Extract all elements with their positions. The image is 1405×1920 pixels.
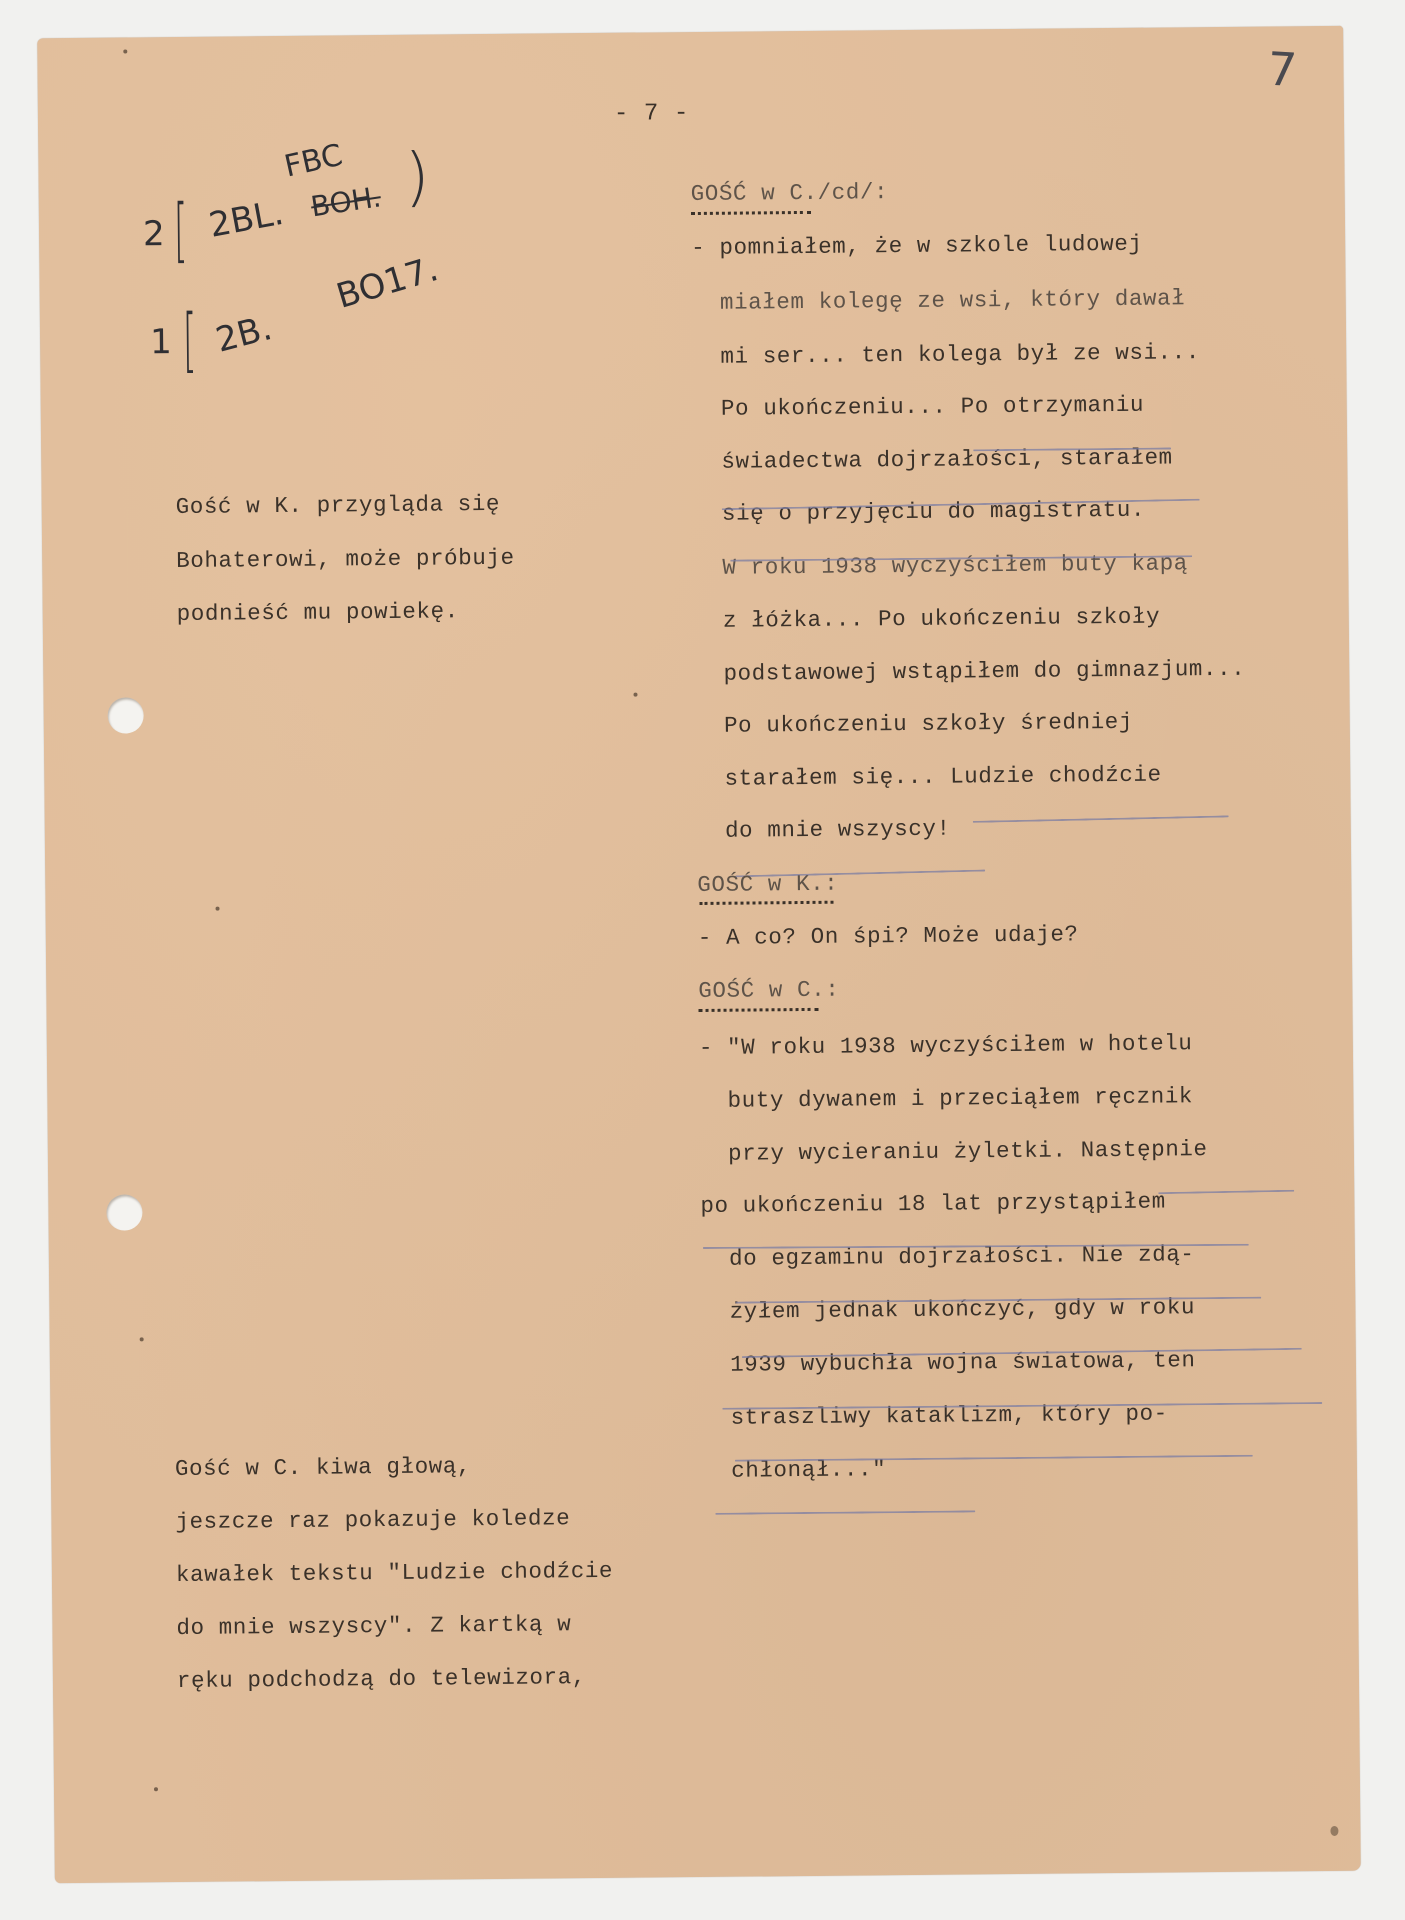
speech-line: Po ukończeniu... Po otrzymaniu [693, 391, 1145, 423]
pencil-underline [1158, 1190, 1294, 1194]
speech-line: po ukończeniu 18 lat przystąpiłem [700, 1188, 1166, 1220]
stage-direction-2: Gość w C. kiwa głową, jeszcze raz pokazu… [37, 26, 1343, 39]
speech-line: starałem się... Ludzie chodźcie [696, 761, 1162, 793]
speech-line: buty dywanem i przeciąłem ręcznik [699, 1082, 1193, 1115]
speaker-label: GOŚĆ w K.: [697, 870, 838, 899]
speaker-underline [699, 1008, 819, 1012]
speech-line: do mnie wszyscy! [697, 815, 951, 845]
speech-line: - A co? On śpi? Może udaje? [698, 920, 1079, 952]
speech-line: Po ukończeniu szkoły średniej [696, 708, 1133, 740]
close-paren-icon: ) [404, 141, 430, 215]
note-line2-code: BO17. [332, 249, 443, 317]
paper-speck [633, 693, 637, 697]
speech-line: miałem kolegę ze wsi, który dawał [692, 284, 1186, 317]
note-line1-text: 2BL. [206, 193, 287, 246]
handwritten-notes: 2 [ 2BL. FBC BOH. ) 1 [ 2B. BO17. [37, 26, 1343, 39]
direction-line: do mnie wszyscy". Z kartką w [176, 1610, 571, 1642]
paper-speck [216, 907, 220, 911]
note-line1-number: 2 [143, 214, 165, 254]
direction-line: Bohaterowi, może próbuje [176, 544, 515, 575]
note-line1-above: FBC [281, 138, 345, 185]
speech-line: przy wycieraniu żyletki. Następnie [700, 1135, 1208, 1168]
direction-line: jeszcze raz pokazuje koledze [175, 1504, 570, 1536]
paper-speck [140, 1337, 144, 1341]
speech-line: podstawowej wstąpiłem do gimnazjum... [695, 655, 1245, 688]
paper-speck [1330, 1826, 1338, 1836]
note-line1-struck: BOH. [309, 180, 383, 223]
speech-line: mi ser... ten kolega był ze wsi... [692, 338, 1200, 371]
dialogue-column: GOŚĆ w C./cd/: - pomniałem, że w szkole … [37, 26, 1343, 39]
bracket-icon: [ [173, 189, 187, 271]
direction-line: ręku podchodzą do telewizora, [177, 1663, 586, 1695]
speaker-underline [691, 211, 811, 215]
stage-direction-1: Gość w K. przygląda się Bohaterowi, może… [37, 26, 1343, 39]
paper-speck [123, 49, 127, 53]
speech-line: z łóżka... Po ukończeniu szkoły [695, 603, 1161, 635]
speech-line: W roku 1938 wyczyściłem buty kapą [694, 549, 1188, 582]
speaker-underline [699, 901, 833, 905]
speech-line: - "W roku 1938 wyczyściłem w hotelu [699, 1029, 1193, 1062]
direction-line: podnieść mu powiekę. [177, 597, 459, 628]
note-line2-number: 1 [150, 322, 172, 362]
typed-page-number: - 7 - [614, 100, 689, 129]
handwritten-page-number: 7 [1266, 42, 1298, 98]
paper-speck [154, 1787, 158, 1791]
punch-hole-top [108, 697, 144, 733]
speech-block-1: - pomniałem, że w szkole ludowej miałem … [37, 26, 1343, 39]
direction-line: Gość w C. kiwa głową, [175, 1452, 471, 1483]
punch-hole-bottom [106, 1194, 142, 1230]
speech-block-3: - "W roku 1938 wyczyściłem w hotelu buty… [37, 26, 1343, 39]
direction-line: Gość w K. przygląda się [176, 490, 501, 521]
direction-line: kawałek tekstu "Ludzie chodźcie [176, 1557, 613, 1589]
pencil-underline [973, 815, 1229, 823]
bracket-icon: [ [183, 299, 197, 381]
note-line2-text: 2B. [212, 308, 276, 361]
speaker-label: GOŚĆ w C.: [698, 976, 839, 1005]
document-page: 7 - 7 - 2 [ 2BL. FBC BOH. ) 1 [ 2B. BO17… [37, 26, 1361, 1883]
speaker-label: GOŚĆ w C./cd/: [691, 178, 889, 208]
speech-line: - pomniałem, że w szkole ludowej [691, 230, 1143, 262]
pencil-underline [715, 1510, 975, 1514]
